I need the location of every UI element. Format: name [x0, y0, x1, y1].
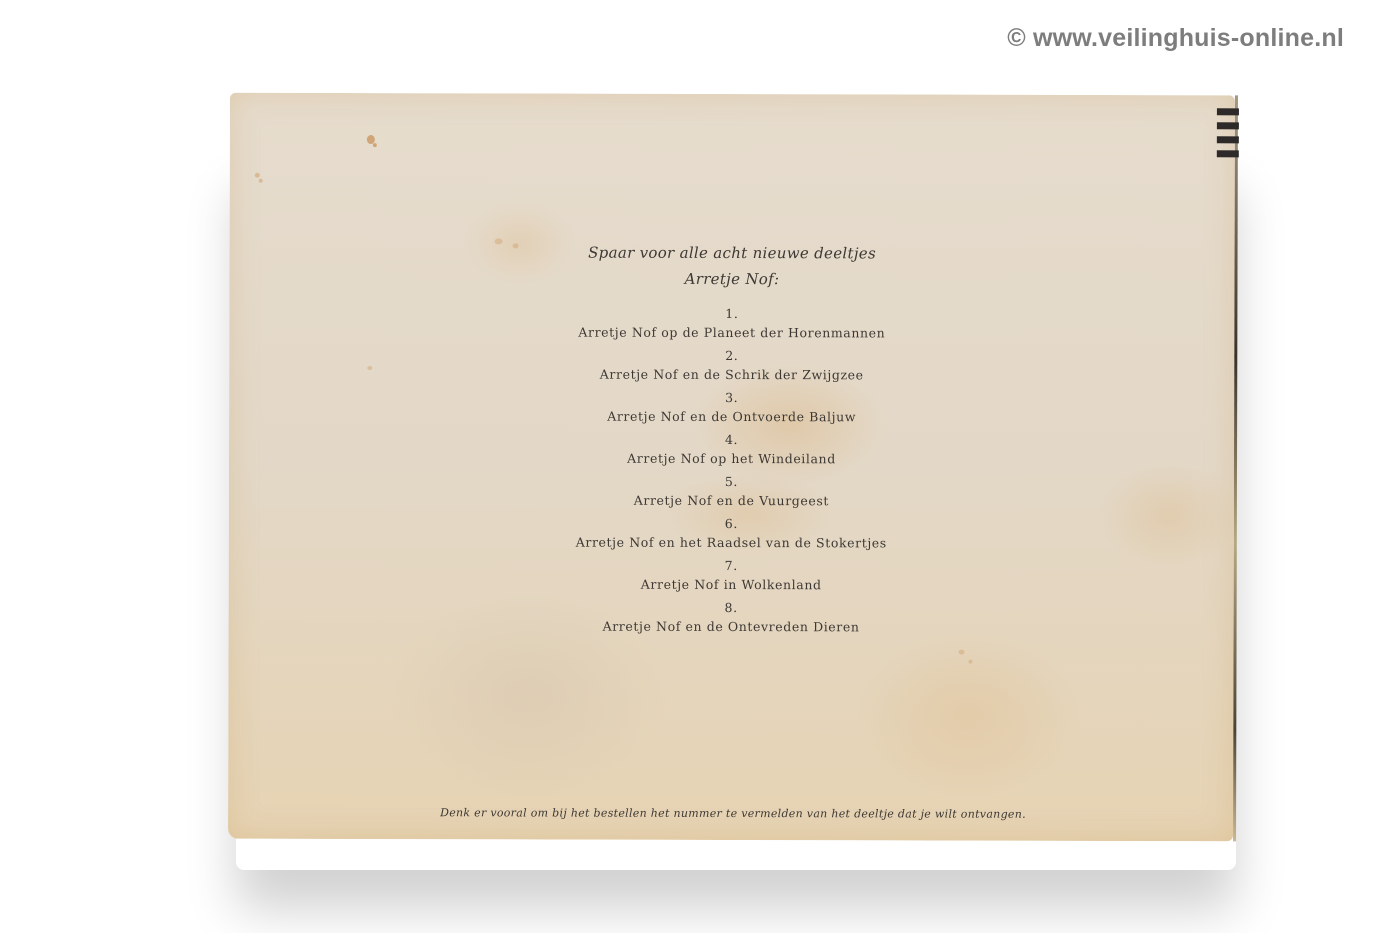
- book-list: 1.Arretje Nof op de Planeet der Horenman…: [229, 303, 1235, 638]
- item-number: 2.: [229, 345, 1234, 367]
- item-number: 3.: [229, 387, 1234, 409]
- list-item: 1.Arretje Nof op de Planeet der Horenman…: [229, 303, 1234, 344]
- series-list: Spaar voor alle acht nieuwe deeltjes Arr…: [229, 239, 1235, 642]
- item-title: Arretje Nof in Wolkenland: [641, 577, 822, 592]
- footer-note: Denk er vooral om bij het bestellen het …: [440, 806, 1026, 821]
- item-number: 1.: [229, 303, 1234, 325]
- item-title: Arretje Nof en de Schrik der Zwijgzee: [600, 367, 864, 383]
- intro-line-1: Spaar voor alle acht nieuwe deeltjes: [230, 239, 1235, 268]
- item-title: Arretje Nof en de Ontevreden Dieren: [603, 619, 860, 635]
- item-title: Arretje Nof en de Vuurgeest: [634, 493, 829, 509]
- item-title: Arretje Nof op de Planeet der Horenmanne…: [578, 325, 885, 341]
- intro-text: Spaar voor alle acht nieuwe deeltjes Arr…: [229, 239, 1234, 294]
- foxing-stain: [255, 173, 260, 178]
- item-title: Arretje Nof en het Raadsel van de Stoker…: [576, 535, 887, 551]
- list-item: 3.Arretje Nof en de Ontvoerde Baljuw: [229, 387, 1234, 428]
- item-number: 8.: [229, 597, 1234, 619]
- list-item: 6.Arretje Nof en het Raadsel van de Stok…: [229, 513, 1234, 554]
- item-number: 5.: [229, 471, 1234, 493]
- item-title: Arretje Nof op het Windeiland: [627, 451, 836, 467]
- foxing-stain: [968, 660, 972, 664]
- list-item: 8.Arretje Nof en de Ontevreden Dieren: [229, 597, 1234, 638]
- foxing-stain: [959, 650, 965, 655]
- list-item: 4.Arretje Nof op het Windeiland: [229, 429, 1234, 470]
- staple-marks-icon: [1217, 108, 1239, 157]
- item-title: Arretje Nof en de Ontvoerde Baljuw: [607, 409, 856, 425]
- booklet-back-cover: Spaar voor alle acht nieuwe deeltjes Arr…: [228, 93, 1235, 842]
- watermark: © www.veilinghuis-online.nl: [1007, 24, 1344, 53]
- item-number: 4.: [229, 429, 1234, 451]
- item-number: 7.: [229, 555, 1234, 577]
- list-item: 2.Arretje Nof en de Schrik der Zwijgzee: [229, 345, 1234, 386]
- intro-line-2: Arretje Nof:: [229, 265, 1234, 294]
- item-number: 6.: [229, 513, 1234, 535]
- list-item: 7.Arretje Nof in Wolkenland: [229, 555, 1234, 596]
- foxing-stain: [373, 143, 377, 147]
- list-item: 5.Arretje Nof en de Vuurgeest: [229, 471, 1234, 512]
- foxing-stain: [259, 179, 263, 183]
